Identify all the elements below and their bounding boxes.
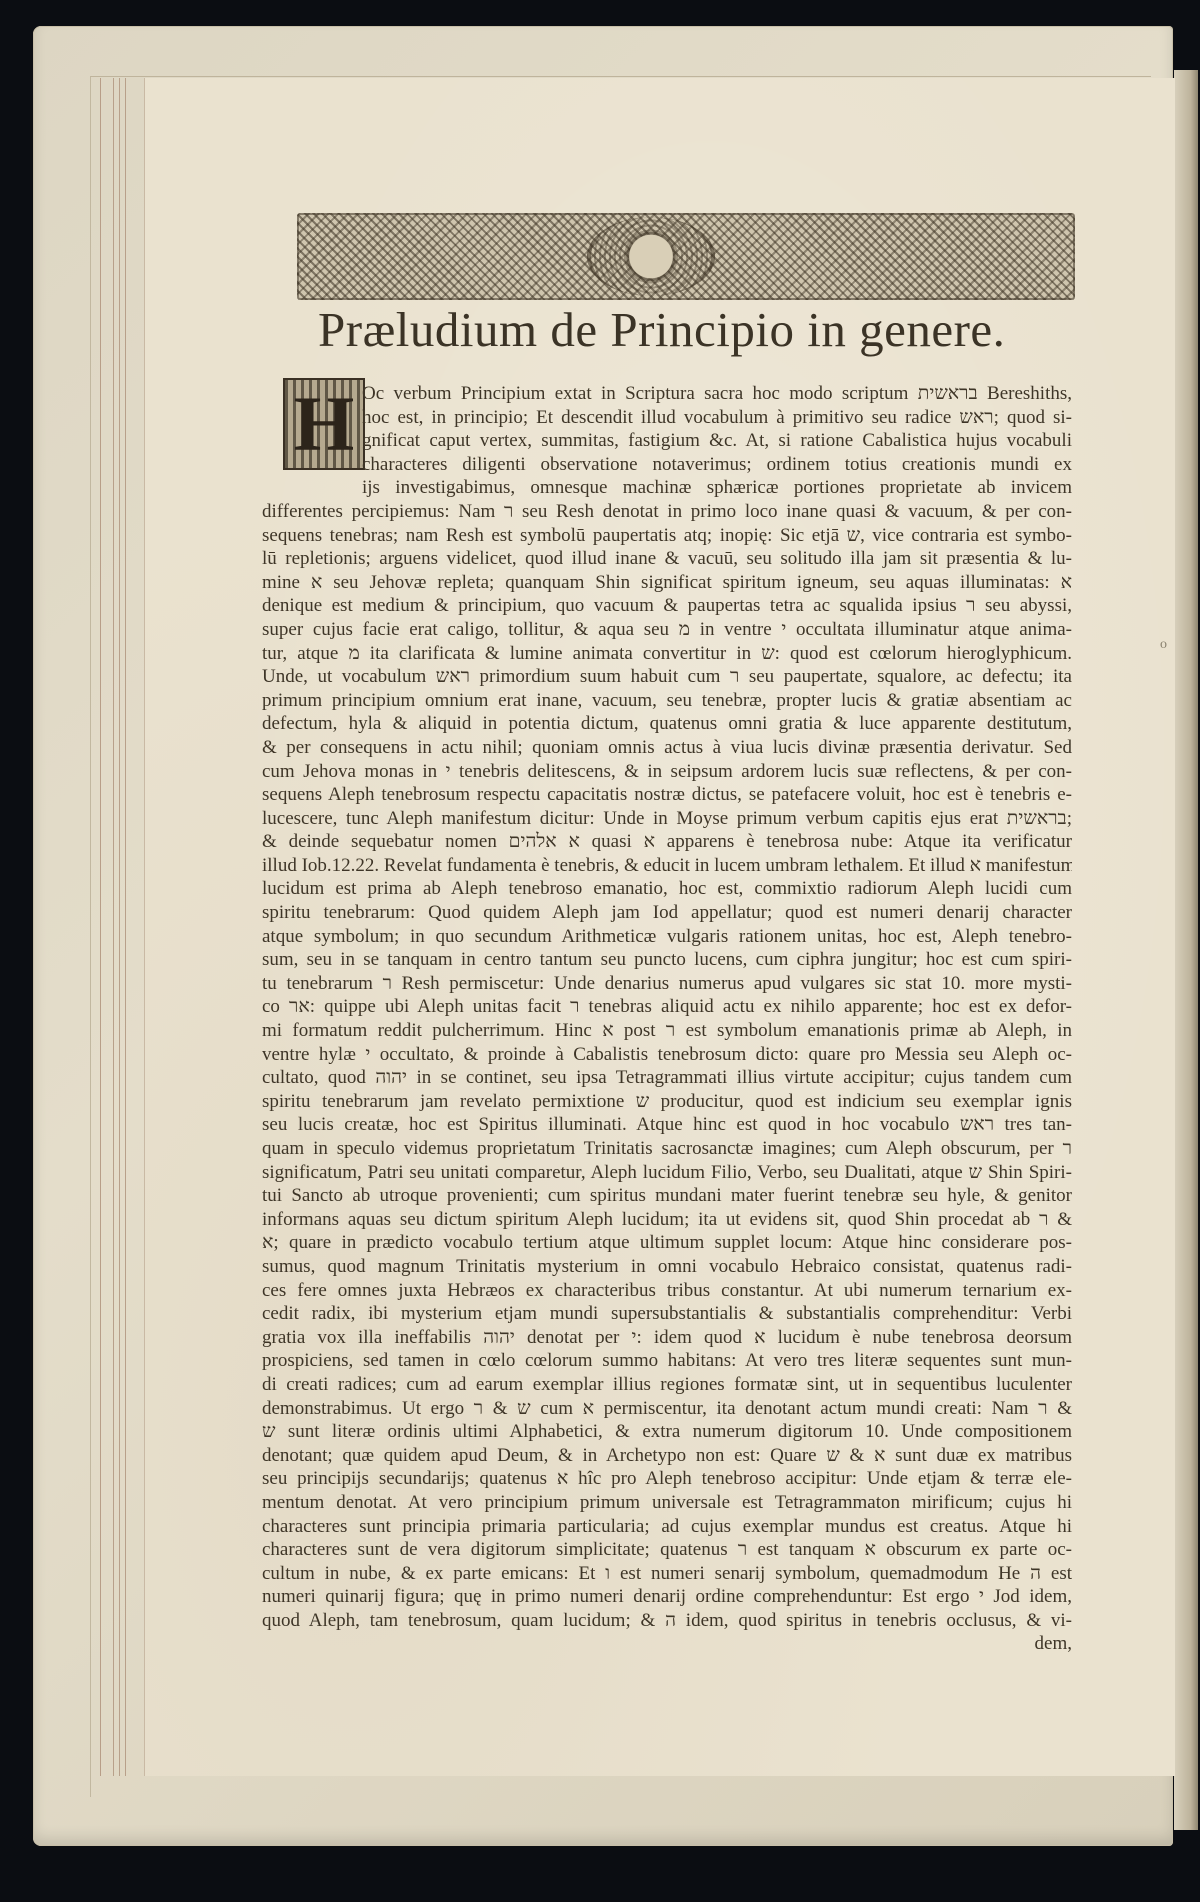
catchword: dem, bbox=[262, 1632, 1072, 1656]
text-line: ש sunt literæ ordinis ultimi Alphabetici… bbox=[262, 1420, 1072, 1444]
text-line: seu principijs secundarijs; quatenus א h… bbox=[262, 1467, 1072, 1491]
text-line: lucidum est prima ab Aleph tenebroso ema… bbox=[262, 877, 1072, 901]
text-line: seu lucis creatæ, hoc est Spiritus illum… bbox=[262, 1113, 1072, 1137]
text-line: illud Iob.12.22. Revelat fundamenta è te… bbox=[262, 854, 1072, 878]
body-text: Oc verbum Principium extat in Scriptura … bbox=[262, 382, 1072, 1656]
text-line: mine א seu Jehovæ repleta; quanquam Shin… bbox=[262, 571, 1072, 595]
text-line: gratia vox illa ineffabilis יהוה denotat… bbox=[262, 1326, 1072, 1350]
text-line: cedit radix, ibi mysterium etjam mundi s… bbox=[262, 1302, 1072, 1326]
text-line: sequens Aleph tenebrosum respectu capaci… bbox=[262, 783, 1072, 807]
text-line: cum Jehova monas in י tenebris delitesce… bbox=[262, 760, 1072, 784]
text-line: prospiciens, sed tamen in cœlo cœlorum s… bbox=[262, 1349, 1072, 1373]
text-line: numeri quinarij figura; quę in primo num… bbox=[262, 1585, 1072, 1609]
text-line: differentes percipiemus: Nam ר seu Resh … bbox=[262, 500, 1072, 524]
text-line: א; quare in prædicto vocabulo tertium at… bbox=[262, 1231, 1072, 1255]
text-line: cultum in nube, & ex parte emicans: Et ו… bbox=[262, 1562, 1072, 1586]
text-line: primum principium omnium erat inane, vac… bbox=[262, 689, 1072, 713]
text-line: gnificat caput vertex, summitas, fastigi… bbox=[262, 429, 1072, 453]
text-line: atque symbolum; in quo secundum Arithmet… bbox=[262, 925, 1072, 949]
text-line: & deinde sequebatur nomen א אלהים quasi … bbox=[262, 830, 1072, 854]
text-line: ces fere omnes juxta Hebræos ex characte… bbox=[262, 1279, 1072, 1303]
text-line: Unde, ut vocabulum ראש primordium suum h… bbox=[262, 665, 1072, 689]
text-line: lucescere, tunc Aleph manifestum dicitur… bbox=[262, 807, 1072, 831]
text-line: super cujus facie erat caligo, tollitur,… bbox=[262, 618, 1072, 642]
text-line: spiritu tenebrarum jam revelato permixti… bbox=[262, 1090, 1072, 1114]
text-line: co אר: quippe ubi Aleph unitas facit ר t… bbox=[262, 995, 1072, 1019]
text-line: sum, seu in se tanquam in centro tantum … bbox=[262, 948, 1072, 972]
text-line: Oc verbum Principium extat in Scriptura … bbox=[262, 382, 1072, 406]
text-line: denotant; quæ quidem apud Deum, & in Arc… bbox=[262, 1444, 1072, 1468]
text-line: tui Sancto ab utroque provenienti; cum s… bbox=[262, 1184, 1072, 1208]
text-line: quam in speculo videmus proprietatum Tri… bbox=[262, 1137, 1072, 1161]
text-line: characteres diligenti observatione notav… bbox=[262, 453, 1072, 477]
ornamental-headpiece bbox=[297, 213, 1075, 300]
text-line: characteres sunt de vera digitorum simpl… bbox=[262, 1538, 1072, 1562]
face-medallion-icon bbox=[587, 217, 715, 296]
text-line: lū repletionis; arguens videlicet, quod … bbox=[262, 547, 1072, 571]
margin-mark: o bbox=[1160, 637, 1167, 653]
text-line: characteres sunt principia primaria part… bbox=[262, 1515, 1072, 1539]
fore-edge bbox=[1174, 70, 1198, 1830]
page-title: Præludium de Principio in genere. bbox=[318, 300, 1078, 360]
text-line: sequens tenebras; nam Resh est symbolū p… bbox=[262, 524, 1072, 548]
text-line: mentum denotat. At vero principium primu… bbox=[262, 1491, 1072, 1515]
text-line: demonstrabimus. Ut ergo ש & ר cum א perm… bbox=[262, 1397, 1072, 1421]
text-line: ijs investigabimus, omnesque machinæ sph… bbox=[262, 476, 1072, 500]
text-line: spiritu tenebrarum: Quod quidem Aleph ja… bbox=[262, 901, 1072, 925]
text-line: tu tenebrarum ר Resh permiscetur: Unde d… bbox=[262, 972, 1072, 996]
text-line: hoc est, in principio; Et descendit illu… bbox=[262, 406, 1072, 430]
text-line: & per consequens in actu nihil; quoniam … bbox=[262, 736, 1072, 760]
text-line: defectum, hyla & aliquid in potentia dic… bbox=[262, 712, 1072, 736]
text-line: mi formatum reddit pulcherrimum. Hinc א … bbox=[262, 1019, 1072, 1043]
text-line: sumus, quod magnum Trinitatis mysterium … bbox=[262, 1255, 1072, 1279]
text-line: di creati radices; cum ad earum exemplar… bbox=[262, 1373, 1072, 1397]
text-line: cultato, quod יהוה in se continet, seu i… bbox=[262, 1066, 1072, 1090]
text-line: ventre hylæ י occultato, & proinde à Cab… bbox=[262, 1043, 1072, 1067]
text-line: quod Aleph, tam tenebrosum, quam lucidum… bbox=[262, 1609, 1072, 1633]
text-line: denique est medium & principium, quo vac… bbox=[262, 594, 1072, 618]
text-line: significatum, Patri seu unitati comparet… bbox=[262, 1161, 1072, 1185]
text-line: informans aquas seu dictum spiritum Alep… bbox=[262, 1208, 1072, 1232]
text-line: tur, atque מ ita clarificata & lumine an… bbox=[262, 642, 1072, 666]
